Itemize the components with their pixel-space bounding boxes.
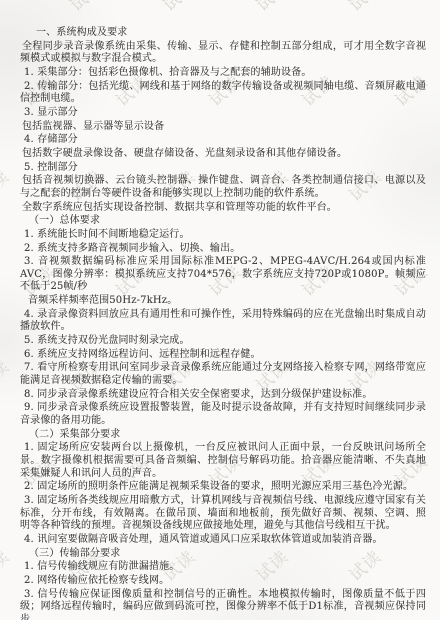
doc-item: 3. 固定场所各类线规应用暗敷方式，计算机网线与音视频信号线、电源线应遵守国家有… (20, 495, 426, 533)
doc-heading: 一、系统构成及要求 (20, 27, 426, 40)
doc-paragraph: 包括音视频切换器、云台镜头控制器、操作键盘、调音台、各类控制通信接口、电源以及与… (20, 175, 426, 200)
doc-item: 1. 系统能长时间不间断地稳定运行。 (20, 229, 426, 242)
doc-subheading: （二）采集部分要求 (20, 429, 426, 442)
doc-paragraph: 全数字系统应包括实现设备控制、数据共享和管理等功能的软件平台。 (20, 202, 426, 215)
doc-item: 4. 讯问室要做隔音吸音处理，通风管道或通风口应采取软体管道或加装消音器。 (20, 534, 426, 547)
doc-item: 3. 音视频数据编码标准应采用国际标准MEPG-2、MPEG-4AVC/H.26… (20, 256, 426, 294)
doc-item: 1. 采集部分：包括彩色摄像机、拾音器及与之配套的辅助设备。 (20, 67, 426, 80)
doc-item: 2. 系统支持多路音视频同步输入、切换、输出。 (20, 243, 426, 256)
doc-paragraph: 包括数字硬盘录像设备、硬盘存储设备、光盘刻录设备和其他存储设备。 (20, 148, 426, 161)
doc-subheading: （一）总体要求 (20, 215, 426, 228)
document-page: 一、系统构成及要求全程同步录音录像系统由采集、传输、显示、存健和控制五部分组成，… (0, 0, 440, 620)
scanned-document: { "watermark": { "text": "试读", "color": … (0, 0, 440, 620)
doc-item: 9. 同步录音录像系统应设置报警装置，能及时提示设备故障，并有支持短时间继续同步… (20, 402, 426, 427)
doc-item: 2. 传输部分：包括光缆、网线和基于网络的数字传输设备或视频同轴电缆、音频屏蔽电… (20, 81, 426, 106)
doc-item: 5. 控制部分 (20, 162, 426, 175)
doc-item: 6. 系统应支持网络远程访问、远程控制和远程存健。 (20, 349, 426, 362)
doc-subheading: （三）传输部分要求 (20, 548, 426, 561)
doc-item: 5. 系统支持双份光盘同时刻录完成。 (20, 335, 426, 348)
doc-item: 3. 信号传输应保证图像质量和控制信号的正确性。本地模拟传输时，图像质量不低于四… (20, 589, 426, 620)
doc-paragraph: 全程同步录音录像系统由采集、传输、显示、存健和控制五部分组成，可才用全数字音视频… (20, 41, 426, 66)
doc-item: 7. 看守所检察专用讯问室同步录音录像系统应能通过分支网络接入检察专网，网络带宽… (20, 362, 426, 387)
doc-paragraph: 包括监视器、显示器等显示设备 (20, 121, 426, 134)
doc-item: 8. 同步录音录像系统建设应符合相关安全保密要求，达到分级保护建设标准。 (20, 389, 426, 402)
doc-item: 4. 存储部分 (20, 134, 426, 147)
doc-item: 2. 网络传输应依托检察专线网。 (20, 575, 426, 588)
doc-subline: 音频采样频率范围50Hz-7kHz。 (20, 295, 426, 308)
doc-item: 4. 录音录像资料回放应具有通用性和可操作性，采用特殊编码的应在光盘输出时集成自… (20, 309, 426, 334)
doc-item: 2. 固定场所的照明条件应能满足视频采集设备的要求，照明光源应采用三基色冷光源。 (20, 481, 426, 494)
doc-item: 1. 固定场所应安装两台以上摄像机，一台反应被讯问人正面中景，一台反映讯问场所全… (20, 442, 426, 480)
doc-item: 1. 信号传输线规应有防泄漏措施。 (20, 561, 426, 574)
doc-item: 3. 显示部分 (20, 107, 426, 120)
